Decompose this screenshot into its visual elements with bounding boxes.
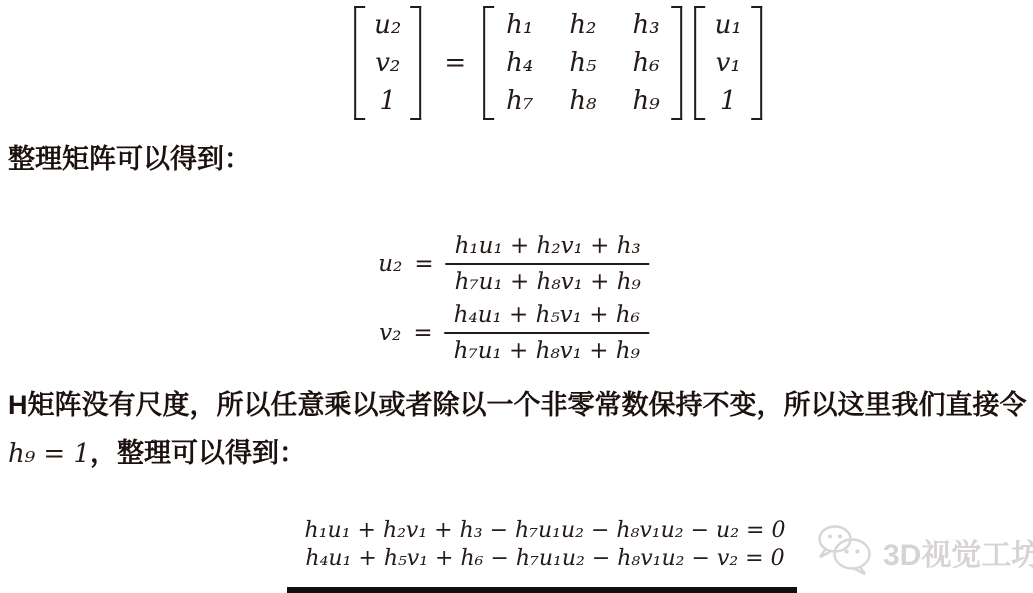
matrix-cell: h₁ bbox=[506, 6, 533, 44]
vector-cell: v₁ bbox=[715, 44, 742, 82]
matrix-cell: h₆ bbox=[632, 44, 659, 82]
h-matrix: h₁ h₂ h₃ h₄ h₅ h₆ h₇ h₈ h₉ bbox=[494, 6, 672, 120]
right-bracket bbox=[410, 6, 421, 120]
equals-sign: = bbox=[414, 251, 433, 277]
equation-lhs: u₂ bbox=[378, 251, 402, 277]
h9-equals-1: h₉ = 1 bbox=[8, 439, 90, 469]
rhs-vector: u₁ v₁ 1 bbox=[706, 6, 751, 120]
denominator: h₇u₁ + h₈v₁ + h₉ bbox=[445, 334, 649, 364]
matrix-cell: h₄ bbox=[506, 44, 533, 82]
watermark-label: 3D视觉工坊 bbox=[883, 530, 1033, 574]
matrix-cell: h₃ bbox=[632, 6, 659, 44]
right-bracket bbox=[672, 6, 683, 120]
vector-cell: 1 bbox=[715, 82, 742, 120]
matrix-cell: h₅ bbox=[569, 44, 596, 82]
fraction: h₄u₁ + h₅v₁ + h₆ h₇u₁ + h₈v₁ + h₉ bbox=[445, 302, 649, 364]
vector-cell: u₁ bbox=[715, 6, 742, 44]
vector-cell: 1 bbox=[374, 82, 401, 120]
matrix-equation: u₂ v₂ 1 = h₁ h₂ h₃ h₄ h₅ h₆ h₇ h₈ h₉ u₁ … bbox=[354, 6, 762, 120]
left-bracket bbox=[483, 6, 494, 120]
left-bracket bbox=[354, 6, 365, 120]
bottom-divider-bar bbox=[287, 587, 797, 593]
wechat-icon bbox=[814, 522, 874, 581]
final-equations: h₁u₁ + h₂v₁ + h₃ − h₇u₁u₂ − h₈v₁u₂ − u₂ … bbox=[305, 517, 786, 573]
matrix-cell: h₇ bbox=[506, 82, 533, 120]
numerator: h₁u₁ + h₂v₁ + h₃ bbox=[446, 233, 650, 265]
equation-u2: u₂ = h₁u₁ + h₂v₁ + h₃ h₇u₁ + h₈v₁ + h₉ bbox=[378, 233, 649, 295]
left-bracket bbox=[695, 6, 706, 120]
equals-sign: = bbox=[413, 320, 432, 346]
right-bracket bbox=[751, 6, 762, 120]
lhs-vector: u₂ v₂ 1 bbox=[365, 6, 410, 120]
final-equation-1: h₁u₁ + h₂v₁ + h₃ − h₇u₁u₂ − h₈v₁u₂ − u₂ … bbox=[305, 517, 786, 545]
watermark: 3D视觉工坊 bbox=[814, 522, 1033, 581]
vector-cell: u₂ bbox=[374, 6, 401, 44]
equals-sign: = bbox=[444, 48, 466, 78]
equation-v2: v₂ = h₄u₁ + h₅v₁ + h₆ h₇u₁ + h₈v₁ + h₉ bbox=[379, 302, 649, 364]
matrix-cell: h₂ bbox=[569, 6, 596, 44]
fraction-equations: u₂ = h₁u₁ + h₂v₁ + h₃ h₇u₁ + h₈v₁ + h₉ v… bbox=[378, 233, 649, 364]
paragraph-line-2-text: ，整理可以得到： bbox=[90, 438, 306, 468]
fraction: h₁u₁ + h₂v₁ + h₃ h₇u₁ + h₈v₁ + h₉ bbox=[446, 233, 650, 295]
paragraph-line-2: h₉ = 1，整理可以得到： bbox=[8, 437, 306, 471]
article-page: u₂ v₂ 1 = h₁ h₂ h₃ h₄ h₅ h₆ h₇ h₈ h₉ u₁ … bbox=[0, 0, 1033, 593]
final-equation-2: h₄u₁ + h₅v₁ + h₆ − h₇u₁u₂ − h₈v₁u₂ − v₂ … bbox=[305, 545, 786, 573]
numerator: h₄u₁ + h₅v₁ + h₆ bbox=[445, 302, 649, 334]
matrix-cell: h₈ bbox=[569, 82, 596, 120]
equation-lhs: v₂ bbox=[379, 320, 401, 346]
text-rearrange-matrix: 整理矩阵可以得到： bbox=[8, 143, 251, 177]
vector-cell: v₂ bbox=[374, 44, 401, 82]
matrix-cell: h₉ bbox=[632, 82, 659, 120]
denominator: h₇u₁ + h₈v₁ + h₉ bbox=[446, 265, 650, 295]
paragraph-line-1: H矩阵没有尺度，所以任意乘以或者除以一个非零常数保持不变，所以这里我们直接令 bbox=[8, 389, 1027, 423]
